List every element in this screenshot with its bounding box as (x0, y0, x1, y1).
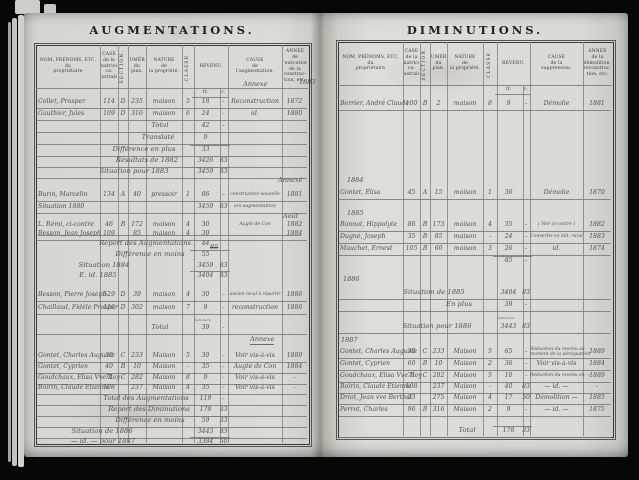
ledger-cell-case: 40 (100, 362, 118, 371)
ledger-cell-case: 126 (100, 303, 118, 312)
ledger-cell-section: B (420, 359, 430, 368)
ledger-cell-plan: 172 (128, 220, 146, 229)
header-label: l'augmentation. (236, 69, 274, 75)
ledger-label: Différence en plus (106, 145, 182, 154)
header-cell-nature: NATUREdela propriété. (448, 44, 482, 83)
ledger-cell-revenu: 3459 (192, 167, 219, 176)
ledger-cell-section: C (118, 351, 128, 360)
ledger-cell-plan: 316 (430, 405, 447, 414)
ledger-cell-revenu: 40 (495, 382, 522, 391)
ledger-label: Différence en moins (102, 416, 198, 425)
ledger-cell-revenu: 42 (192, 121, 219, 130)
ledger-cell-nature: maison (146, 303, 182, 312)
ledger-cell-section: C (118, 373, 128, 382)
ledger-cell-cause: ( Voir ci-contre ) (530, 222, 583, 231)
header-label: la propriété. (149, 69, 179, 75)
ledger-cell-nature: maison (146, 109, 182, 118)
ledger-cell-section: A (118, 190, 128, 199)
ledger-cell-section: C (420, 371, 430, 380)
ledger-cell-centimes: - (219, 394, 228, 403)
ledger-cell-cause: Voir vis-à-vis (228, 351, 282, 360)
ledger-cell-centimes: - (219, 383, 228, 392)
ledger-cell-annee: 1881 (583, 99, 611, 108)
margin-note: 1886 (343, 275, 360, 283)
ledger-cell-name: Dugné, Joseph (340, 232, 401, 241)
ledger-cell-nature: maison (146, 97, 182, 106)
ledger-cell-centimes: - (219, 97, 228, 106)
ledger-cell-centimes: - (219, 362, 228, 371)
ledger-cell-revenu: 33 (192, 145, 219, 154)
ledger-cell-cause: moment de la péréquation (530, 352, 583, 357)
ledger-cell-revenu: 3459 (192, 261, 219, 270)
ledger-cell-section: D (118, 303, 128, 312)
ledger-cell-plan: 2 (430, 99, 447, 108)
ledger-cell-revenu: 59 (192, 416, 219, 425)
ledger-cell-revenu: 30 (192, 290, 219, 299)
entry-rule (339, 437, 611, 438)
ledger-cell-nature: Maison (447, 347, 483, 356)
ledger-cell-centimes: 83 (219, 427, 228, 436)
header-cell-annee: ANNÉEde ladémolition,reconstruc-tion, et… (584, 44, 611, 83)
ledger-cell-revenu: 17 (495, 393, 522, 402)
ledger-cell-revenu: 3384 (192, 437, 219, 446)
margin-note: 85 (210, 243, 218, 251)
ledger-cell-cause: Voir vis-à-vis (228, 383, 282, 392)
ledger-cell-section: B (118, 220, 128, 229)
ledger-cell-revenu: 3443 (192, 427, 219, 436)
ledger-cell-name: Berrier, André Claude (340, 99, 401, 108)
ledger-cell-plan: 85 (128, 229, 146, 238)
ledger-cell-nature: Maison (447, 371, 483, 380)
ledger-cell-nature: maison (447, 232, 483, 241)
margin-note: 1883 (299, 78, 316, 86)
ledger-cell-annee: - (282, 373, 307, 382)
ledger-cell-cause: Voir vis-à-vis (228, 373, 282, 382)
ledger-cell-revenu: 3404 (495, 288, 522, 297)
header-rule (338, 85, 612, 86)
ledger-cell-name: Goudchaux, Elisa Vve Roy (340, 371, 401, 380)
ledger-cell-revenu: 65 (495, 347, 522, 356)
ledger-cell-name: Gontet, Cyprien (340, 359, 401, 368)
ledger-cell-case: 96 (403, 405, 420, 414)
ledger-cell-revenu: 35 (192, 362, 219, 371)
ledger-cell-section: B (420, 232, 430, 241)
ledger-cell-revenu: 30 (192, 351, 219, 360)
ledger-label: Translaté (136, 133, 180, 142)
ledger-cell-plan: 173 (430, 220, 447, 229)
ledger-cell-plan: 15 (430, 188, 447, 197)
ledger-cell-nature: maison (447, 220, 483, 229)
ledger-cell-plan: 60 (430, 244, 447, 253)
ledger-cell-plan: 233 (128, 351, 146, 360)
revenu-sub-c: c. (522, 86, 530, 93)
ledger-cell-name: Gontet, Charles Auguste (340, 347, 401, 356)
header-cell-classe: CLASSE. (183, 47, 193, 86)
entry-rule (339, 255, 611, 256)
ledger-cell-plan: 40 (128, 190, 146, 199)
header-label: CLASSE. (487, 49, 493, 78)
header-label: REVENU. (200, 64, 223, 70)
ledger-cell-annee: 1886 (282, 290, 307, 299)
ledger-cell-annee: 1882 (583, 220, 611, 229)
margin-note: 1885 (347, 209, 364, 217)
ledger-cell-nature: pressoir (146, 190, 182, 199)
ledger-cell-revenu: 36 (495, 188, 522, 197)
ledger-cell-revenu: 35 (495, 220, 522, 229)
ledger-cell-section: B (420, 405, 430, 414)
ledger-cell-annee: 1889 (282, 351, 307, 360)
ledger-cell-centimes: 83 (522, 382, 530, 391)
ledger-cell-plan: 233 (430, 347, 447, 356)
ledger-cell-cause: Voir vis-à-vis (530, 359, 583, 368)
ledger-cell-annee: 1870 (583, 188, 611, 197)
ledger-cell-nature: maison (146, 229, 182, 238)
header-cell-case: CASEde lamatriceca-dastrale. (101, 47, 117, 86)
ledger-cell-revenu: 26 (495, 244, 522, 253)
ledger-cell-cause: id. (228, 109, 282, 118)
ledger-cell-revenu: 35 (192, 383, 219, 392)
ledger-cell-centimes: 33 (522, 426, 530, 435)
ledger-cell-revenu: 24 (192, 109, 219, 118)
ledger-cell-plan: 275 (430, 393, 447, 402)
ledger-label: Situation pour 1883 (86, 167, 182, 176)
ledger-cell-annee: 1886 (282, 303, 307, 312)
ledger-cell-annee: 1875 (583, 405, 611, 414)
header-cell-cause: CAUSEde lasuppression. (531, 44, 582, 83)
ledger-cell-revenu: 39 (192, 323, 219, 332)
ledger-cell-centimes: - (219, 303, 228, 312)
ledger-cell-revenu: 30 (192, 220, 219, 229)
ledger-cell-annee: 1872 (282, 97, 307, 106)
ledger-cell-plan: 237 (430, 382, 447, 391)
ledger-cell-cause: Reconstruction (228, 97, 282, 106)
ledger-cell-nature: Maison (447, 382, 483, 391)
ledger-cell-name: Boirin, Claude Etienne (340, 382, 401, 391)
ledger-cell-revenu: 3426 (192, 156, 219, 165)
header-label: propriétaire (53, 69, 82, 75)
header-cell-section: SECTION. (119, 47, 127, 86)
ledger-cell-revenu: 178 (495, 426, 522, 435)
ledger-cell-annee: 1884 (282, 229, 307, 238)
ledger-cell-nature: Maison (146, 351, 182, 360)
ledger-cell-case: 23 (403, 393, 420, 402)
ledger-cell-nature: maison (146, 220, 182, 229)
header-cell-revenu: REVENU. (498, 44, 529, 83)
ledger-cell-case: 114 (100, 97, 118, 106)
ledger-cell-section: B (118, 362, 128, 371)
ledger-cell-case: 105 (403, 244, 420, 253)
ledger-cell-centimes: 33 (219, 416, 228, 425)
ledger-cell-name: Mauchet, Ernest (340, 244, 401, 253)
ledger-cell-name: Driot, Jean vve Berthet (340, 393, 401, 402)
ledger-cell-nature: maison (447, 99, 483, 108)
ledger-cell-plan: 39 (128, 290, 146, 299)
ledger-cell-section: B (420, 244, 430, 253)
ledger-cell-centimes: - (522, 359, 530, 368)
ledger-cell-name: Boirin, Claude Etienne (38, 383, 99, 392)
ledger-cell-case: 39 (403, 347, 420, 356)
ledger-cell-centimes: - (522, 300, 530, 309)
ledger-label: Total (140, 121, 180, 130)
ledger-cell-case: 39 (100, 351, 118, 360)
header-label: SECTION. (422, 47, 428, 80)
ledger-cell-cause: — id. — (530, 382, 583, 391)
entry-rule (339, 416, 611, 417)
ledger-cell-revenu: 10 (495, 371, 522, 380)
ledger-label: Situation de 1885 (386, 288, 482, 297)
ledger-cell-annee: 1880 (282, 109, 307, 118)
entry-rule (37, 178, 307, 179)
ledger-cell-centimes: - (522, 99, 530, 108)
header-cell-nature: NATUREdela propriété. (147, 47, 181, 86)
ledger-cell-case: 529 (100, 290, 118, 299)
ledger-cell-cause: Augté de Con (228, 222, 282, 231)
ledger-cell-section: D (118, 97, 128, 106)
header-cell-plan: NUMÉROduplan. (431, 44, 446, 83)
ledger-cell-centimes: 33 (219, 405, 228, 414)
revenu-sub-rule (495, 94, 530, 95)
ledger-cell-nature: maison (146, 290, 182, 299)
ledger-cell-section: D (118, 109, 128, 118)
ledger-cell-centimes: - (219, 351, 228, 360)
ledger-cell-plan: 237 (128, 383, 146, 392)
margin-note: 1887 (341, 336, 358, 344)
margin-note: Août (283, 212, 298, 220)
ledger-cell-plan: 316 (128, 109, 146, 118)
ledger-cell-revenu: 3443 (495, 322, 522, 331)
margin-note: Annexé (278, 176, 302, 184)
ledger-cell-plan: 10 (430, 359, 447, 368)
ledger-cell-nature: Maison (447, 393, 483, 402)
ledger-cell-centimes: 50 (219, 437, 228, 446)
ledger-cell-centimes: 50 (522, 393, 530, 402)
header-label: dastrale. (404, 72, 419, 78)
header-label: dastrale. (101, 75, 117, 81)
ledger-cell-cause: Démolie (530, 188, 583, 197)
ledger-cell-cause: id. (530, 244, 583, 253)
ledger-cell-case: 71 (100, 373, 118, 382)
ledger-cell-centimes: 83 (219, 156, 228, 165)
header-cell-section: SECTION. (421, 44, 429, 83)
ledger-cell-section: A (420, 188, 430, 197)
ledger-label: En plus (436, 300, 482, 309)
ledger-cell-nature: maison (447, 188, 483, 197)
header-cell-classe: CLASSE. (484, 44, 496, 83)
header-label: la propriété. (450, 66, 480, 72)
ledger-label: Situation de 1886 (56, 427, 148, 436)
ledger-cell-revenu: 3404 (192, 271, 219, 280)
header-cell-name: NOM, PRÉNOMS, ETC.dupropriétaire (37, 47, 99, 86)
ledger-cell-annee: 1884 (583, 359, 611, 368)
ledger-cell-revenu: 9 (495, 405, 522, 414)
ledger-cell-centimes: - (522, 256, 530, 265)
header-cell-name: NOM, PRÉNOMS, ETC.dupropriétaire (339, 44, 402, 83)
ledger-cell-centimes: - (219, 121, 228, 130)
ledger-cell-annee: 1874 (583, 244, 611, 253)
ledger-cell-plan: 282 (128, 373, 146, 382)
ledger-label: — id. — pour 1887 (58, 437, 148, 446)
ledger-label: Total (447, 426, 487, 435)
ledger-cell-nature: Maison (146, 373, 182, 382)
ledger-cell-centimes: - (522, 371, 530, 380)
margin-note: Annexe (250, 335, 274, 345)
ledger-cell-section: B (420, 99, 430, 108)
ledger-cell-cause: Démolie (530, 99, 583, 108)
ledger-cell-name: Burin, Marcelin (38, 190, 99, 199)
ledger-cell-name: Besson, Pierre Joseph (38, 290, 99, 299)
ledger-cell-case: 35 (403, 232, 420, 241)
ledger-cell-annee: - (282, 383, 307, 392)
ledger-cell-revenu: 3459 (192, 202, 219, 211)
ledger-cell-revenu: 85 (495, 256, 522, 265)
ledger-cell-centimes: - (522, 405, 530, 414)
ledger-cell-revenu: 24 (495, 232, 522, 241)
revenu-sub-c: c. (219, 89, 228, 96)
ledger-cell-centimes: - (219, 190, 228, 199)
header-label: CLASSE. (185, 52, 191, 81)
ledger-cell-cause: Augté de Con (228, 362, 282, 371)
ledger-cell-revenu: 39 (495, 300, 522, 309)
ledger-cell-name: Perrot, Charles (340, 405, 401, 414)
ledger-cell-section: D (118, 290, 128, 299)
ledger-label: Report des Augmentations (90, 239, 200, 248)
entry-rule (339, 110, 611, 111)
ledger-label: E. id. 1885 (70, 271, 126, 280)
ledger-cell-revenu: 86 (192, 190, 219, 199)
ledger-cell-case: 134 (100, 190, 118, 199)
entry-rule (37, 314, 307, 315)
ledger-cell-name: Collet, Prosper (38, 97, 99, 106)
ledger-cell-name: Bonnot, Hippolyte (340, 220, 401, 229)
ledger-cell-name: Gontet, Cyprien (38, 362, 99, 371)
ledger-cell-cause: ancien local à répartir (228, 292, 282, 301)
ledger-cell-centimes: - (219, 290, 228, 299)
ledger-cell-revenu: 178 (192, 405, 219, 414)
header-label: REVENU. (502, 61, 525, 67)
ledger-cell-centimes: 83 (219, 261, 228, 270)
ledger-cell-case: 109 (100, 109, 118, 118)
ledger-cell-cause: (en augmentation) (228, 204, 282, 213)
ledger-cell-nature: Maison (447, 405, 483, 414)
ledger-cell-name: Chaillaud, Fidèle Prosper (38, 303, 99, 312)
header-rule (36, 88, 308, 89)
ledger-cell-annee: - (583, 382, 611, 391)
header-label: plan. (131, 69, 143, 75)
ledger-cell-section: C (420, 347, 430, 356)
ledger-cell-centimes: - (522, 347, 530, 356)
ledger-label: Total des Augmentations (88, 394, 204, 403)
ledger-label: Différence en moins (104, 250, 196, 259)
ledger-cell-centimes: 83 (219, 167, 228, 176)
ledger-cell-name: Goudchaux, Elisa Vve Roy (38, 373, 99, 382)
ledger-cell-cause: reconstruction (228, 303, 282, 312)
ledger-cell-cause: Démolition — (530, 393, 583, 402)
ledger-label: Résultats de 1882 (112, 156, 182, 165)
ledger-label: Total (140, 323, 180, 332)
ledger-cell-centimes: 83 (219, 202, 228, 211)
margin-note: 1884 (347, 176, 364, 184)
ledger-cell-revenu: 9 (495, 99, 522, 108)
ledger-cell-case: 86 (403, 220, 420, 229)
ledger-cell-name: Gauthier, Jules (38, 109, 99, 118)
ledger-cell-cause: — id. — (530, 405, 583, 414)
ledger-cell-cause: Réduction du revenu en — (530, 373, 583, 382)
ledger-cell-plan: 85 (430, 232, 447, 241)
ledger-cell-case: 45 (403, 188, 420, 197)
ledger-cell-annee: 1881 (282, 190, 307, 199)
ledger-cell-cause: construction nouvelle (228, 192, 282, 201)
ledger-cell-annee: 1882 (282, 220, 307, 229)
ledger-cell-section: B (420, 220, 430, 229)
ledger-cell-cause: Convertie en bât. rural (530, 234, 583, 243)
ledger-cell-revenu: 18 (192, 97, 219, 106)
entry-rule (339, 333, 611, 334)
entry-rule (339, 199, 611, 200)
header-label: SECTION. (120, 50, 126, 83)
ledger-cell-revenu: 119 (192, 394, 219, 403)
ledger-cell-annee: 1883 (583, 232, 611, 241)
ledger-cell-name: Gontet, Charles Auguste (38, 351, 99, 360)
ledger-cell-revenu: 9 (192, 303, 219, 312)
ledger-cell-centimes: - (522, 244, 530, 253)
scanned-ledger-spread: AUGMENTATIONS. DIMINUTIONS. NOM, PRÉNOMS… (0, 0, 639, 480)
ledger-cell-case: 109 (100, 229, 118, 238)
header-label: plan. (432, 66, 444, 72)
ledger-cell-centimes: - (219, 109, 228, 118)
header-cell-plan: NUMÉROduplan. (129, 47, 145, 86)
ledger-cell-case: 60 (403, 359, 420, 368)
ledger-cell-name: L. Rémi, ci-contre (38, 220, 99, 229)
ledger-cell-plan: 282 (430, 371, 447, 380)
ledger-cell-centimes: 83 (522, 288, 530, 297)
ledger-cell-centimes: 83 (219, 271, 228, 280)
margin-note: Annexe (243, 80, 267, 88)
header-cell-revenu: REVENU. (195, 47, 227, 86)
ledger-cell-case: 108 (403, 382, 420, 391)
ledger-ink-layer: NOM, PRÉNOMS, ETC.dupropriétaireCASEde l… (0, 0, 639, 480)
header-cell-case: CASEde lamatriceca-dastrale. (404, 44, 419, 83)
ledger-cell-name: Gontet, Élisa (340, 188, 401, 197)
header-label: tion, etc. (587, 72, 609, 78)
ledger-label: Report des Diminutions (94, 405, 204, 414)
ledger-cell-nature: maison (447, 244, 483, 253)
ledger-cell-centimes: 83 (522, 322, 530, 331)
ledger-cell-annee: 1885 (583, 393, 611, 402)
ledger-cell-revenu: 9 (192, 373, 219, 382)
ledger-cell-annee: 1884 (282, 362, 307, 371)
ledger-cell-plan: 302 (128, 303, 146, 312)
header-label: propriétaire (356, 66, 385, 72)
ledger-cell-centimes: - (522, 220, 530, 229)
ledger-cell-case: 100 (403, 99, 420, 108)
ledger-cell-nature: Maison (447, 359, 483, 368)
ledger-cell-centimes: - (219, 373, 228, 382)
ledger-cell-case: 46 (100, 220, 118, 229)
ledger-label: Situation pour 1886 (386, 322, 488, 331)
ledger-cell-case: 71 (403, 371, 420, 380)
ledger-cell-revenu: 39 (192, 229, 219, 238)
entry-rule (339, 311, 611, 312)
ledger-cell-nature: Maison (146, 383, 182, 392)
ledger-cell-centimes: - (522, 232, 530, 241)
ledger-cell-revenu: 9 (192, 133, 219, 142)
ledger-cell-nature: Maison (146, 362, 182, 371)
header-label: suppression. (541, 66, 572, 72)
ledger-cell-plan: 10 (128, 362, 146, 371)
revenu-sub-fr: fr. (495, 86, 522, 93)
revenu-sub-fr: fr. (192, 89, 219, 96)
ledger-cell-revenu: 55 (192, 250, 219, 259)
